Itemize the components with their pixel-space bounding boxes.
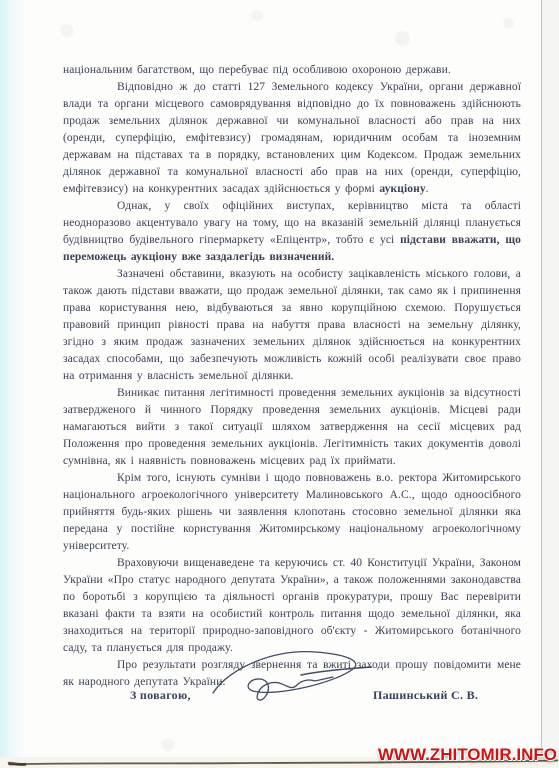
scanner-left-edge-strip	[0, 0, 24, 768]
closing-salutation: З повагою,	[130, 688, 191, 703]
letter-paragraph: національним багатством, що перебуває пі…	[63, 62, 521, 79]
paragraph-text: .	[426, 183, 429, 195]
letter-paragraph: Крім того, існують сумніви і щодо повнов…	[63, 470, 521, 555]
watermark-text: WWW.ZHITOMIR.INFO	[378, 745, 557, 765]
letter-body: національним багатством, що перебуває пі…	[63, 62, 521, 691]
paragraph-text: Крім того, існують сумніви і щодо повнов…	[63, 472, 521, 552]
page-right-edge	[541, 0, 559, 768]
signature-scribble	[205, 645, 380, 715]
signer-name: Пашинський С. В.	[373, 688, 478, 703]
letter-paragraph: Зазначені обставини, вказують на особист…	[63, 266, 521, 385]
paragraph-text: національним багатством, що перебуває пі…	[63, 64, 451, 76]
letter-paragraph: Виникає питання легітимності проведення …	[63, 385, 521, 470]
letter-paragraph: Враховуючи вищенаведене та керуючись ст.…	[63, 555, 521, 657]
paragraph-text: Відповідно ж до статті 127 Земельного ко…	[63, 81, 521, 195]
emphasized-text: аукціону	[379, 183, 425, 195]
scanned-letter-page: { "letter": { "paragraphs": [ { "indent"…	[0, 0, 559, 768]
paragraph-text: Враховуючи вищенаведене та керуючись ст.…	[63, 557, 521, 654]
letter-paragraph: Однак, у своїх офіційних виступах, керів…	[63, 198, 521, 266]
paragraph-text: Виникає питання легітимності проведення …	[63, 387, 521, 467]
letter-paragraph: Відповідно ж до статті 127 Земельного ко…	[63, 79, 521, 198]
paragraph-text: Зазначені обставини, вказують на особист…	[63, 268, 521, 382]
